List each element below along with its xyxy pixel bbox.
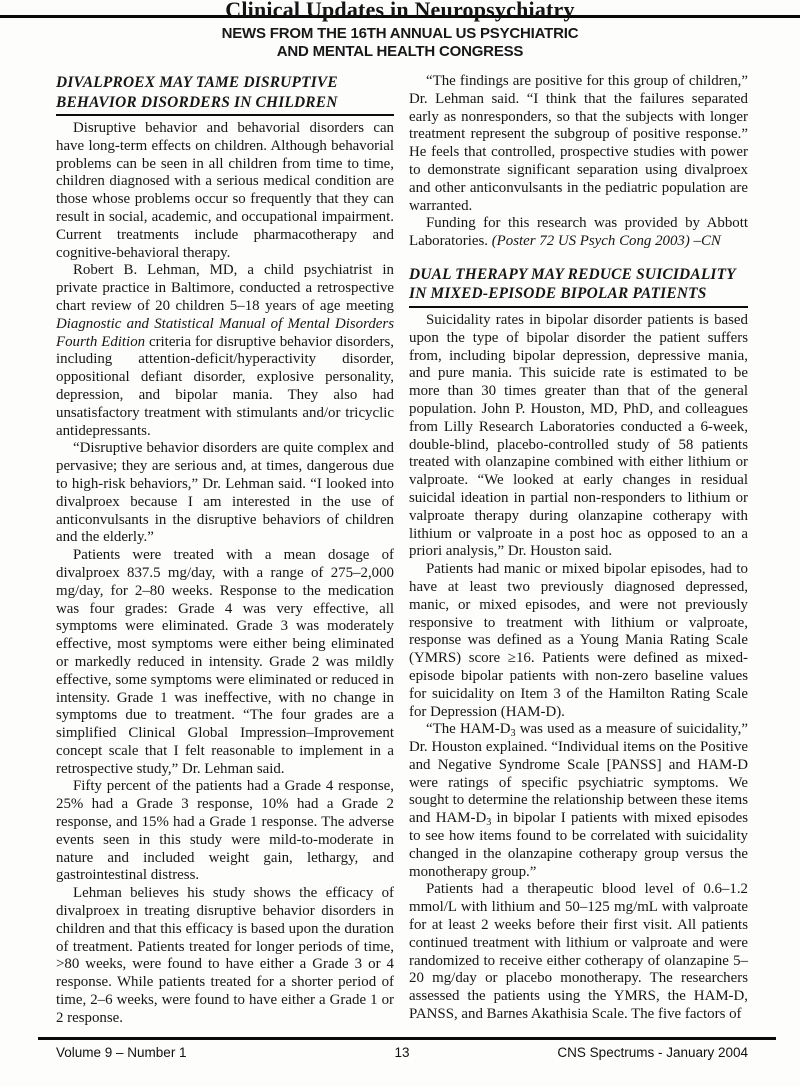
congress-line-2: AND MENTAL HEALTH CONGRESS — [0, 43, 800, 61]
article-heading: DIVALPROEX MAY TAME DISRUPTIVEBEHAVIOR D… — [56, 73, 394, 116]
heading-line: DUAL THERAPY MAY REDUCE SUICIDALITY — [409, 265, 748, 285]
page-footer: Volume 9 – Number 1 13 CNS Spectrums - J… — [56, 1045, 748, 1060]
heading-line: IN MIXED-EPISODE BIPOLAR PATIENTS — [409, 284, 748, 308]
text-run: Disruptive behavior and behavorial disor… — [56, 120, 394, 261]
congress-line-1: NEWS FROM THE 16TH ANNUAL US PSYCHIATRIC — [0, 25, 800, 43]
journal-title: Clinical Updates in Neuropsychiatry — [0, 0, 800, 23]
left-column: DIVALPROEX MAY TAME DISRUPTIVEBEHAVIOR D… — [56, 73, 394, 1028]
text-run: Patients had a therapeutic blood level o… — [409, 881, 748, 1022]
paragraph: Robert B. Lehman, MD, a child psychiatri… — [56, 262, 394, 440]
congress-subtitle: NEWS FROM THE 16TH ANNUAL US PSYCHIATRIC… — [0, 25, 800, 60]
heading-line: DIVALPROEX MAY TAME DISRUPTIVE — [56, 73, 394, 93]
text-run: Lehman believes his study shows the effi… — [56, 885, 394, 1026]
article-columns: DIVALPROEX MAY TAME DISRUPTIVEBEHAVIOR D… — [56, 73, 748, 1028]
text-run: 3 — [486, 817, 491, 828]
paragraph: Suicidality rates in bipolar disorder pa… — [409, 312, 748, 561]
text-run: “The findings are positive for this grou… — [409, 73, 748, 214]
text-run: (Poster 72 US Psych Cong 2003) –CN — [492, 233, 721, 249]
page-header: Clinical Updates in Neuropsychiatry NEWS… — [0, 0, 800, 64]
text-run: “Disruptive behavior disorders are quite… — [56, 440, 394, 545]
paragraph: Disruptive behavior and behavorial disor… — [56, 120, 394, 262]
text-run: Patients were treated with a mean dosage… — [56, 547, 394, 777]
text-run: 3 — [510, 728, 515, 739]
footer-rule — [38, 1037, 776, 1040]
article-heading: DUAL THERAPY MAY REDUCE SUICIDALITYIN MI… — [409, 265, 748, 308]
text-run: Fifty percent of the patients had a Grad… — [56, 778, 394, 883]
footer-page-number: 13 — [287, 1045, 518, 1060]
paragraph: “The findings are positive for this grou… — [409, 73, 748, 215]
text-run: Suicidality rates in bipolar disorder pa… — [409, 312, 748, 559]
paragraph: “Disruptive behavior disorders are quite… — [56, 440, 394, 547]
footer-volume: Volume 9 – Number 1 — [56, 1045, 287, 1060]
paragraph: Patients had a therapeutic blood level o… — [409, 881, 748, 1023]
text-run: Patients had manic or mixed bipolar epis… — [409, 561, 748, 719]
paragraph: Fifty percent of the patients had a Grad… — [56, 778, 394, 885]
paragraph: “The HAM-D3 was used as a measure of sui… — [409, 721, 748, 881]
paragraph: Lehman believes his study shows the effi… — [56, 885, 394, 1027]
text-run: Robert B. Lehman, MD, a child psychiatri… — [56, 262, 394, 314]
right-column: “The findings are positive for this grou… — [409, 73, 748, 1028]
paragraph: Funding for this research was provided b… — [409, 215, 748, 251]
footer-journal-issue: CNS Spectrums - January 2004 — [517, 1045, 748, 1060]
text-run: “The HAM-D — [426, 721, 510, 737]
heading-line: BEHAVIOR DISORDERS IN CHILDREN — [56, 93, 394, 117]
journal-page: Clinical Updates in Neuropsychiatry NEWS… — [0, 0, 800, 1086]
paragraph: Patients had manic or mixed bipolar epis… — [409, 561, 748, 721]
paragraph: Patients were treated with a mean dosage… — [56, 547, 394, 778]
